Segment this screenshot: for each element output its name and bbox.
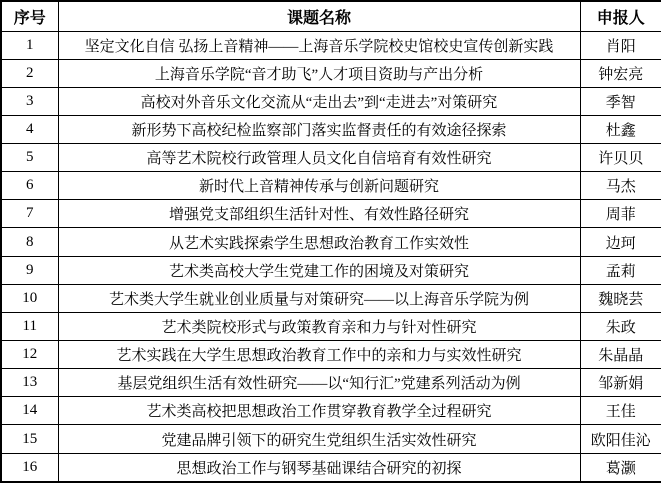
topic-title: 坚定文化自信 弘扬上音精神——上海音乐学院校史馆校史宣传创新实践 [58, 31, 580, 59]
topic-title: 高校对外音乐文化交流从“走出去”到“走进去”对策研究 [58, 87, 580, 115]
topic-title: 高等艺术院校行政管理人员文化自信培育有效性研究 [58, 144, 580, 172]
table-row: 4新形势下高校纪检监察部门落实监督责任的有效途径探索杜鑫 [1, 115, 661, 143]
table-row: 16思想政治工作与钢琴基础课结合研究的初探葛灏 [1, 453, 661, 482]
row-number: 3 [1, 87, 58, 115]
research-topics-table: 序号 课题名称 申报人 1坚定文化自信 弘扬上音精神——上海音乐学院校史馆校史宣… [0, 0, 661, 483]
table-row: 2上海音乐学院“音才助飞”人才项目资助与产出分析钟宏亮 [1, 59, 661, 87]
row-number: 13 [1, 369, 58, 397]
row-number: 10 [1, 284, 58, 312]
table-row: 5高等艺术院校行政管理人员文化自信培育有效性研究许贝贝 [1, 144, 661, 172]
applicant-name: 杜鑫 [580, 115, 661, 143]
header-row: 序号 课题名称 申报人 [1, 1, 661, 31]
topic-title: 新时代上音精神传承与创新问题研究 [58, 172, 580, 200]
applicant-name: 朱晶晶 [580, 341, 661, 369]
topic-title: 增强党支部组织生活针对性、有效性路径研究 [58, 200, 580, 228]
applicant-name: 朱政 [580, 312, 661, 340]
applicant-name: 王佳 [580, 397, 661, 425]
row-number: 7 [1, 200, 58, 228]
applicant-name: 许贝贝 [580, 144, 661, 172]
applicant-name: 边珂 [580, 228, 661, 256]
row-number: 12 [1, 341, 58, 369]
table-row: 15党建品牌引领下的研究生党组织生活实效性研究欧阳佳沁 [1, 425, 661, 453]
row-number: 14 [1, 397, 58, 425]
row-number: 1 [1, 31, 58, 59]
table-row: 3高校对外音乐文化交流从“走出去”到“走进去”对策研究季智 [1, 87, 661, 115]
applicant-name: 邹新娟 [580, 369, 661, 397]
topic-title: 党建品牌引领下的研究生党组织生活实效性研究 [58, 425, 580, 453]
header-serial-number: 序号 [1, 1, 58, 31]
table-row: 11艺术类院校形式与政策教育亲和力与针对性研究朱政 [1, 312, 661, 340]
topic-title: 艺术类高校大学生党建工作的困境及对策研究 [58, 256, 580, 284]
row-number: 8 [1, 228, 58, 256]
header-topic-name: 课题名称 [58, 1, 580, 31]
table-row: 6新时代上音精神传承与创新问题研究马杰 [1, 172, 661, 200]
table-row: 10艺术类大学生就业创业质量与对策研究——以上海音乐学院为例魏晓芸 [1, 284, 661, 312]
topic-title: 新形势下高校纪检监察部门落实监督责任的有效途径探索 [58, 115, 580, 143]
topic-title: 基层党组织生活有效性研究——以“知行汇”党建系列活动为例 [58, 369, 580, 397]
applicant-name: 钟宏亮 [580, 59, 661, 87]
table-row: 7增强党支部组织生活针对性、有效性路径研究周菲 [1, 200, 661, 228]
row-number: 15 [1, 425, 58, 453]
topic-title: 艺术类高校把思想政治工作贯穿教育教学全过程研究 [58, 397, 580, 425]
table-row: 13基层党组织生活有效性研究——以“知行汇”党建系列活动为例邹新娟 [1, 369, 661, 397]
table-row: 9艺术类高校大学生党建工作的困境及对策研究孟莉 [1, 256, 661, 284]
header-applicant: 申报人 [580, 1, 661, 31]
row-number: 16 [1, 453, 58, 482]
table-row: 1坚定文化自信 弘扬上音精神——上海音乐学院校史馆校史宣传创新实践肖阳 [1, 31, 661, 59]
applicant-name: 魏晓芸 [580, 284, 661, 312]
row-number: 6 [1, 172, 58, 200]
table-row: 12艺术实践在大学生思想政治教育工作中的亲和力与实效性研究朱晶晶 [1, 341, 661, 369]
topic-title: 思想政治工作与钢琴基础课结合研究的初探 [58, 453, 580, 482]
applicant-name: 季智 [580, 87, 661, 115]
topic-title: 艺术实践在大学生思想政治教育工作中的亲和力与实效性研究 [58, 341, 580, 369]
applicant-name: 肖阳 [580, 31, 661, 59]
applicant-name: 孟莉 [580, 256, 661, 284]
topic-title: 艺术类院校形式与政策教育亲和力与针对性研究 [58, 312, 580, 340]
topic-title: 从艺术实践探索学生思想政治教育工作实效性 [58, 228, 580, 256]
table-row: 14艺术类高校把思想政治工作贯穿教育教学全过程研究王佳 [1, 397, 661, 425]
row-number: 5 [1, 144, 58, 172]
row-number: 2 [1, 59, 58, 87]
row-number: 9 [1, 256, 58, 284]
applicant-name: 欧阳佳沁 [580, 425, 661, 453]
applicant-name: 马杰 [580, 172, 661, 200]
row-number: 11 [1, 312, 58, 340]
table-row: 8从艺术实践探索学生思想政治教育工作实效性边珂 [1, 228, 661, 256]
applicant-name: 周菲 [580, 200, 661, 228]
table-body: 1坚定文化自信 弘扬上音精神——上海音乐学院校史馆校史宣传创新实践肖阳2上海音乐… [1, 31, 661, 482]
table-header: 序号 课题名称 申报人 [1, 1, 661, 31]
applicant-name: 葛灏 [580, 453, 661, 482]
topic-title: 上海音乐学院“音才助飞”人才项目资助与产出分析 [58, 59, 580, 87]
row-number: 4 [1, 115, 58, 143]
topic-title: 艺术类大学生就业创业质量与对策研究——以上海音乐学院为例 [58, 284, 580, 312]
